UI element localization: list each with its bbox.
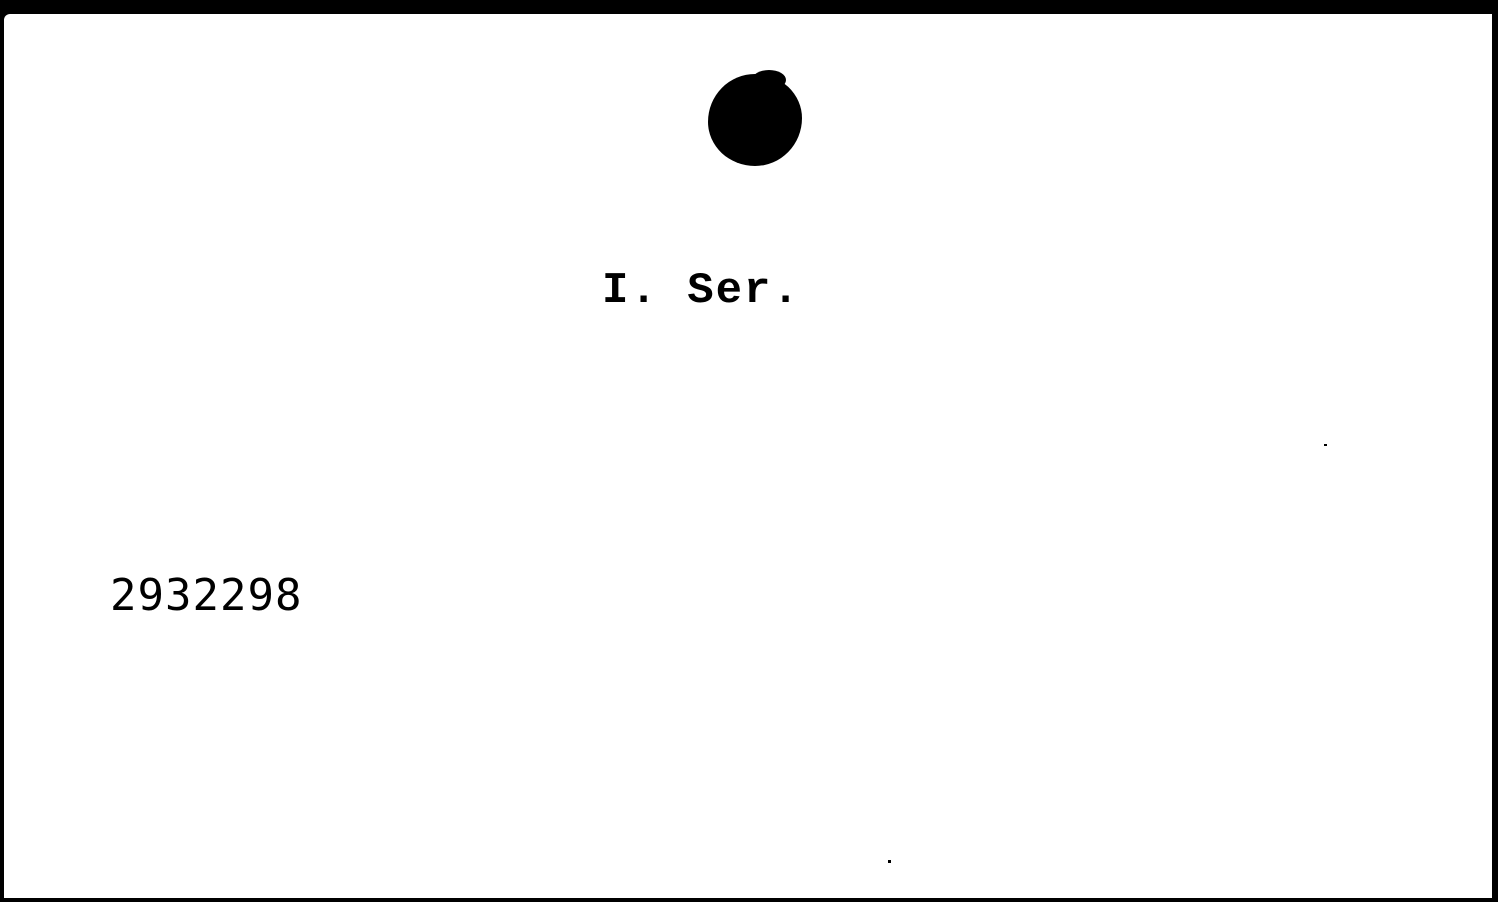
punch-hole xyxy=(708,74,802,166)
scan-speck xyxy=(1324,444,1327,446)
index-card: I. Ser. 2932298 xyxy=(4,14,1492,898)
card-number: 2932298 xyxy=(110,570,302,621)
card-heading: I. Ser. xyxy=(602,266,801,316)
scan-speck xyxy=(888,860,891,863)
